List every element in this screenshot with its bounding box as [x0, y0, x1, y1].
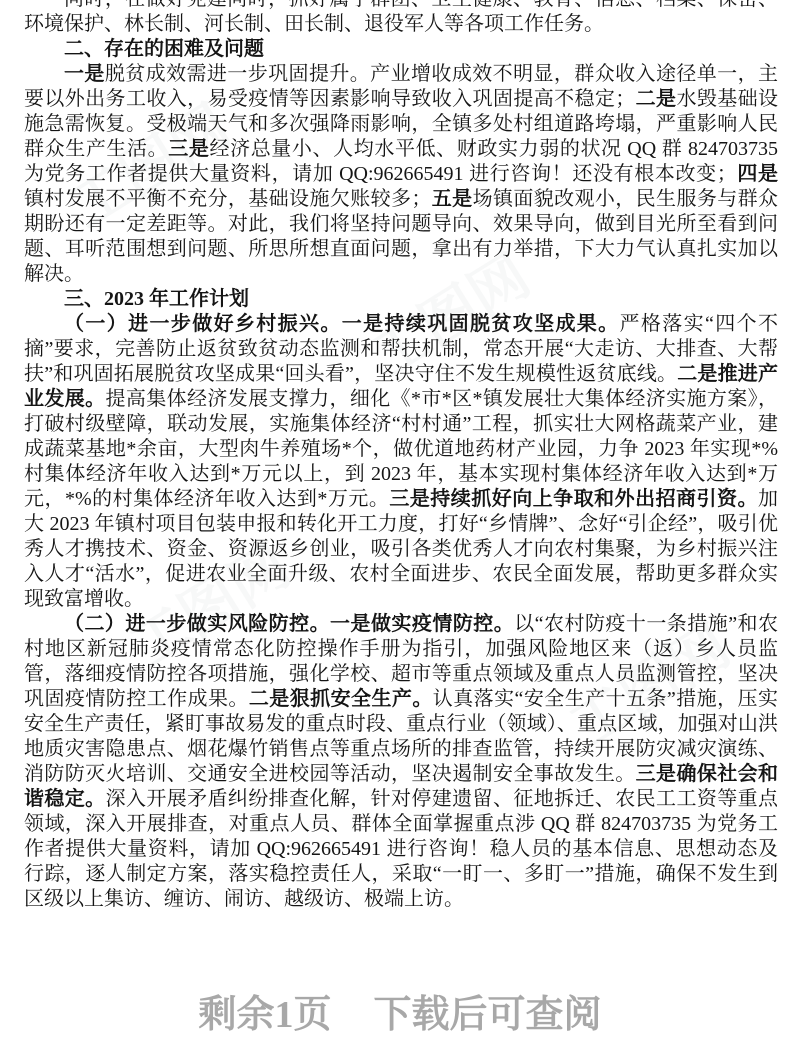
- text-run-bold: 二是: [635, 88, 676, 110]
- text-run: 深入开展矛盾纠纷排查化解，针对停建遗留、征地拆迁、农民工工资等重点领域，深入开展…: [24, 788, 778, 910]
- paragraph-plan-2: （二）进一步做实风险防控。一是做实疫情防控。以“农村防疫十一条措施”和农村地区新…: [24, 612, 778, 912]
- text-run-bold: 二、存在的困难及问题: [64, 38, 264, 60]
- document-page: 同时，在做好党建同时，抓好属于群团、卫生健康、教育、信息、档案、保密、环境保护、…: [24, 0, 778, 912]
- heading-section-3: 三、2023 年工作计划: [24, 287, 778, 312]
- text-run-bold: 四是: [737, 163, 778, 185]
- text-run: 同时，在做好党建同时，抓好属于群团、卫生健康、教育、信息、档案、保密、环境保护、…: [24, 0, 778, 35]
- text-run-bold: （一）进一步做好乡村振兴。一是持续巩固脱贫攻坚成果。: [64, 313, 620, 335]
- paragraph-problems: 一是脱贫成效需进一步巩固提升。产业增收成效不明显，群众收入途径单一，主要以外出务…: [24, 62, 778, 287]
- text-run-bold: 二是狠抓安全生产。: [249, 688, 433, 710]
- text-run-bold: 五是: [431, 188, 472, 210]
- paragraph-plan-1: （一）进一步做好乡村振兴。一是持续巩固脱贫攻坚成果。严格落实“四个不摘”要求，完…: [24, 312, 778, 612]
- text-run: 镇村发展不平衡不充分，基础设施欠账较多；: [24, 188, 431, 210]
- text-run-bold: 三是持续抓好向上争取和外出招商引资。: [389, 488, 758, 510]
- paragraph-carryover: 同时，在做好党建同时，抓好属于群团、卫生健康、教育、信息、档案、保密、环境保护、…: [24, 0, 778, 37]
- text-run-bold: 三是: [168, 138, 209, 160]
- document-body: 同时，在做好党建同时，抓好属于群团、卫生健康、教育、信息、档案、保密、环境保护、…: [24, 0, 778, 912]
- heading-section-2: 二、存在的困难及问题: [24, 37, 778, 62]
- text-run-bold: 一是: [64, 63, 105, 85]
- remaining-pages-banner: 剩余1页 下载后可查阅: [0, 992, 800, 1038]
- text-run-bold: （二）进一步做实风险防控。一是做实疫情防控。: [64, 613, 514, 635]
- remaining-pages-text: 剩余1页: [198, 992, 331, 1038]
- download-to-view-text: 下载后可查阅: [374, 992, 602, 1038]
- text-run-bold: 三、2023 年工作计划: [64, 288, 249, 310]
